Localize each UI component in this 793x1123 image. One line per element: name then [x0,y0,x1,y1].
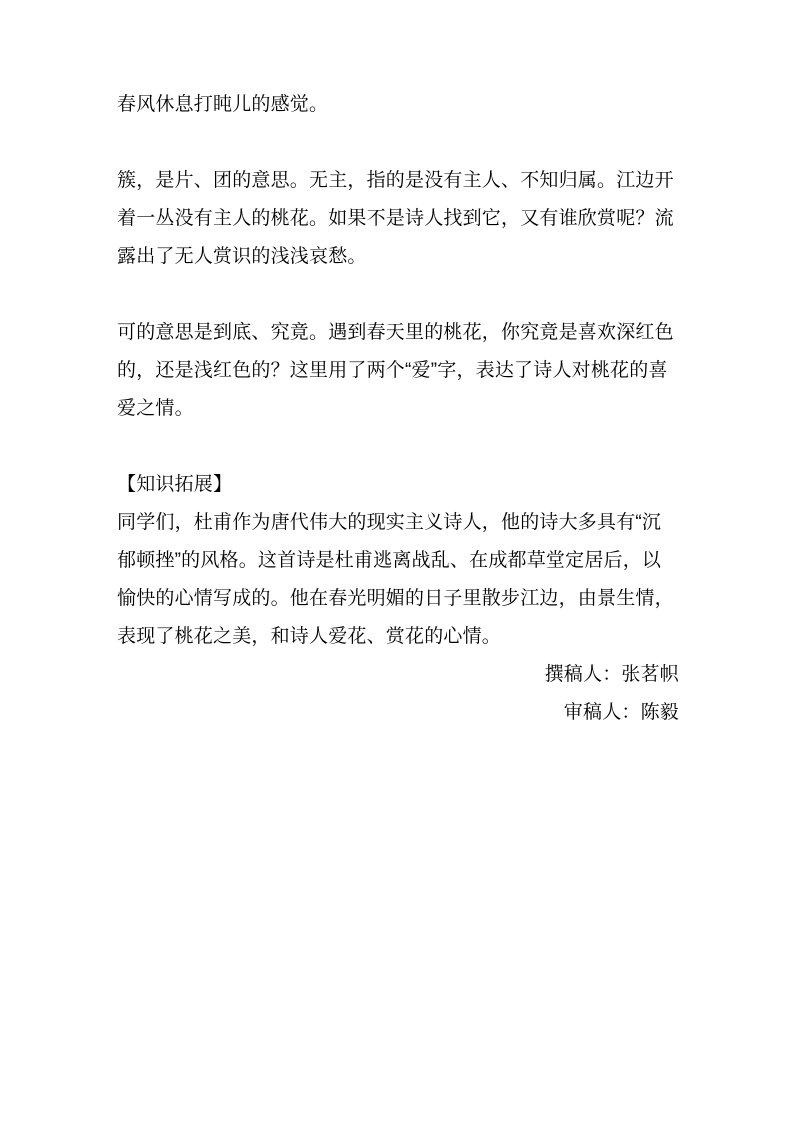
paragraph-dufu-background: 同学们，杜甫作为唐代伟大的现实主义诗人，他的诗大多具有“沉郁顿挫”的风格。这首诗… [117,504,679,656]
reviewer-line: 审稿人：陈毅 [117,694,679,732]
document-content: 春风休息打盹儿的感觉。 簇，是片、团的意思。无主，指的是没有主人、不知归属。江边… [117,86,679,732]
document-page: 春风休息打盹儿的感觉。 簇，是片、团的意思。无主，指的是没有主人、不知归属。江边… [0,0,793,1123]
section-heading-knowledge-expansion: 【知识拓展】 [117,466,679,504]
author-line: 撰稿人：张茗帜 [117,656,679,694]
paragraph-cu-explanation: 簇，是片、团的意思。无主，指的是没有主人、不知归属。江边开着一丛没有主人的桃花。… [117,162,679,276]
paragraph-spring-breeze: 春风休息打盹儿的感觉。 [117,86,679,124]
paragraph-ke-explanation: 可的意思是到底、究竟。遇到春天里的桃花，你究竟是喜欢深红色的，还是浅红色的？这里… [117,314,679,428]
